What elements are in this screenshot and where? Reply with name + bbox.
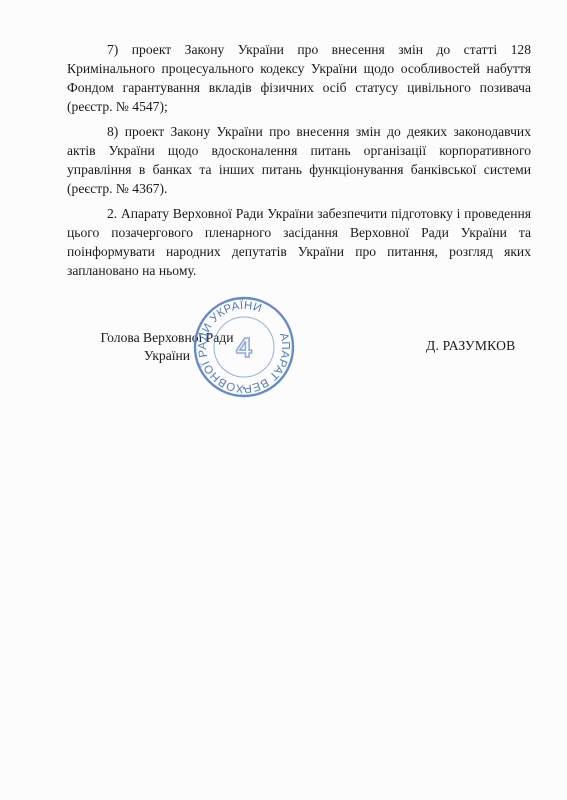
official-stamp: АПАРАТ ВЕРХОВНОЇ РАДИ УКРАЇНИ 4 xyxy=(192,295,296,399)
document-page: 7) проект Закону України про внесення зм… xyxy=(0,0,567,800)
paragraph-item-8: 8) проект Закону України про внесення зм… xyxy=(67,122,531,198)
paragraph-point-2: 2. Апарату Верховної Ради України забезп… xyxy=(67,204,531,280)
stamp-dot xyxy=(243,387,246,390)
stamp-number: 4 xyxy=(236,332,252,363)
signatory-name: Д. РАЗУМКОВ xyxy=(426,338,515,354)
paragraph-item-7: 7) проект Закону України про внесення зм… xyxy=(67,40,531,116)
stamp-seal-icon: АПАРАТ ВЕРХОВНОЇ РАДИ УКРАЇНИ 4 xyxy=(192,295,296,399)
